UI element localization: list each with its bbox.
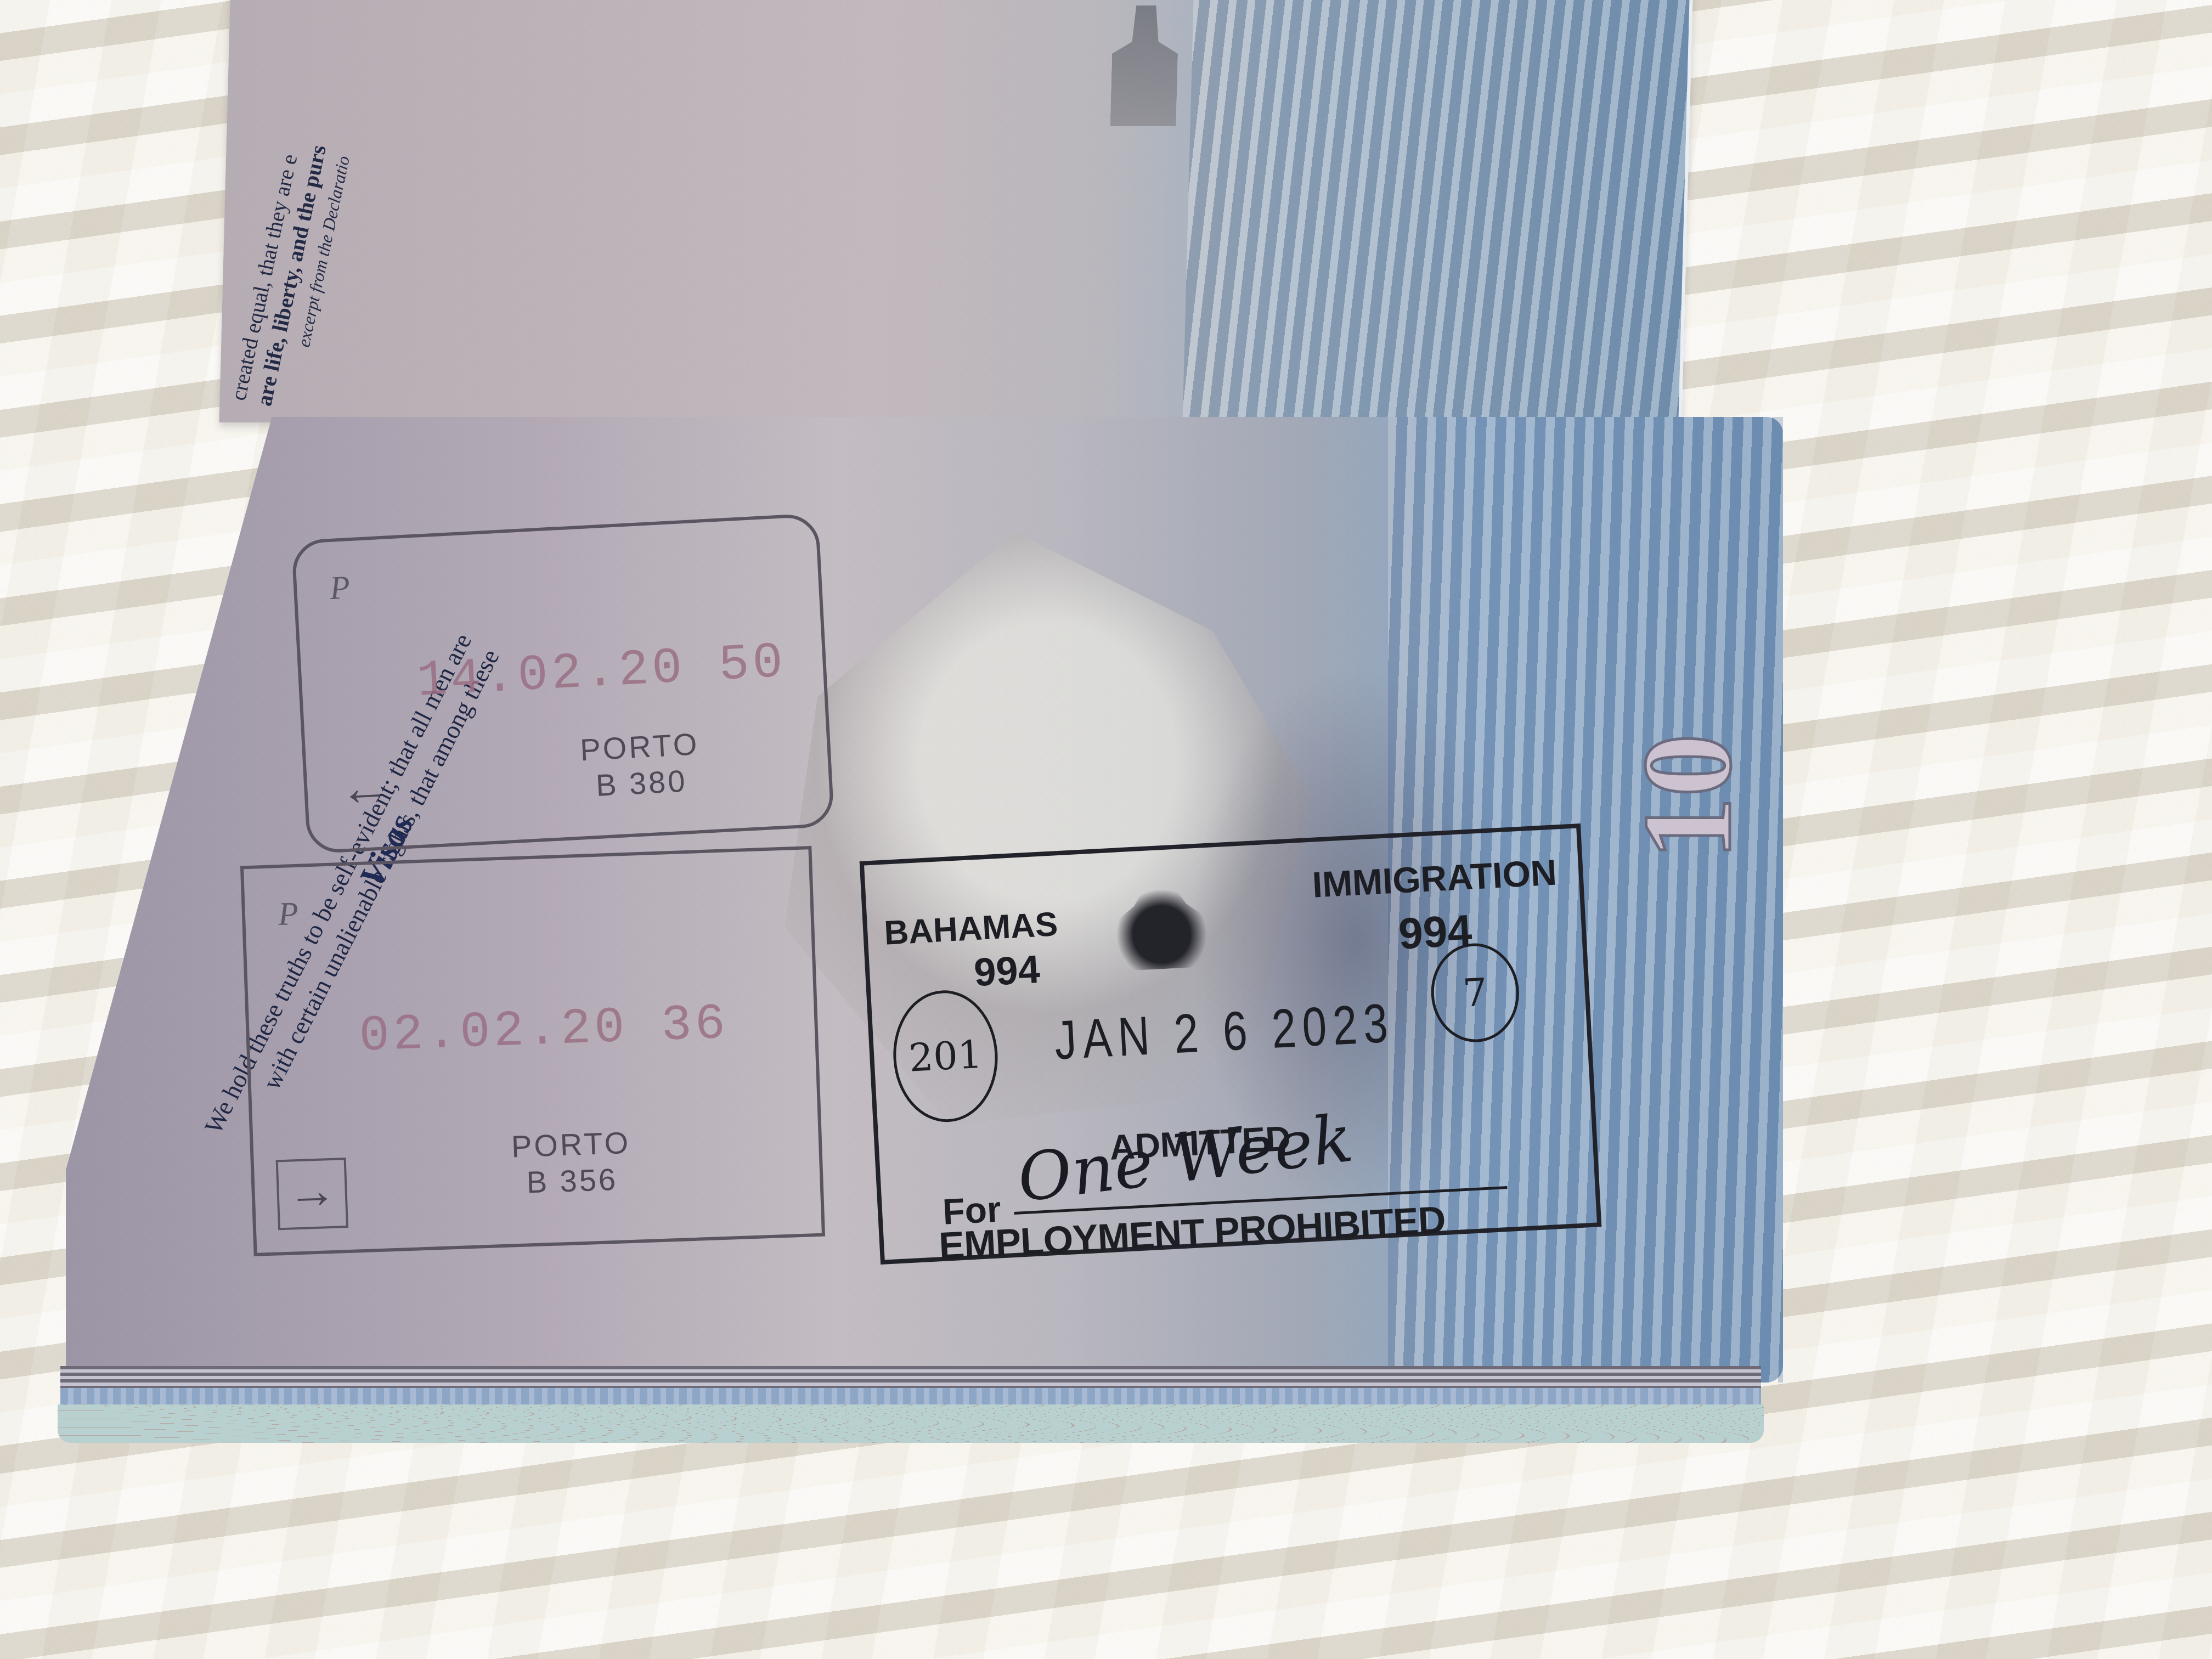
location-code: B 380 (581, 762, 702, 804)
bahamas-coat-of-arms-icon (1107, 877, 1216, 981)
location-name: PORTO (579, 726, 700, 768)
exit-arrow-icon: ← (328, 754, 402, 828)
stamp-location: PORTO B 356 (511, 1125, 633, 1201)
upper-passport-page (219, 0, 1693, 422)
entry-arrow-icon: → (276, 1158, 348, 1230)
portugal-p-mark: P (329, 568, 351, 607)
stamp-agency: IMMIGRATION (1311, 851, 1558, 906)
stamp-date: JAN 2 6 2023 (1053, 991, 1395, 1072)
porto-exit-stamp: P 14.02.20 50 PORTO B 380 ← (291, 513, 835, 854)
portugal-p-mark: P (278, 895, 299, 933)
stamp-date: 14.02.20 50 (416, 634, 788, 710)
circled-number-left: 201 (890, 988, 1001, 1125)
location-name: PORTO (511, 1125, 631, 1165)
stamp-location: PORTO B 380 (579, 726, 702, 804)
ocean-artwork (1182, 0, 1690, 422)
passport-back-cover-edge (58, 1404, 1764, 1443)
stamp-date: 02.02.20 36 (358, 995, 730, 1065)
bahamas-immigration-stamp: BAHAMAS IMMIGRATION 994 994 201 JAN 2 6 … (860, 823, 1602, 1265)
passport-page-edges (60, 1366, 1761, 1404)
lighthouse-artwork (1110, 5, 1180, 126)
handwritten-duration: One Week (1014, 1101, 1357, 1217)
location-code: B 356 (512, 1161, 632, 1201)
photo-scene: created equal, that they are e are life,… (0, 0, 2212, 1659)
stamp-country: BAHAMAS (883, 905, 1059, 952)
porto-entry-stamp: P 02.02.20 36 PORTO B 356 → (240, 846, 825, 1256)
page-number: 10 (1615, 734, 1760, 860)
officer-code-left: 994 (973, 947, 1041, 995)
